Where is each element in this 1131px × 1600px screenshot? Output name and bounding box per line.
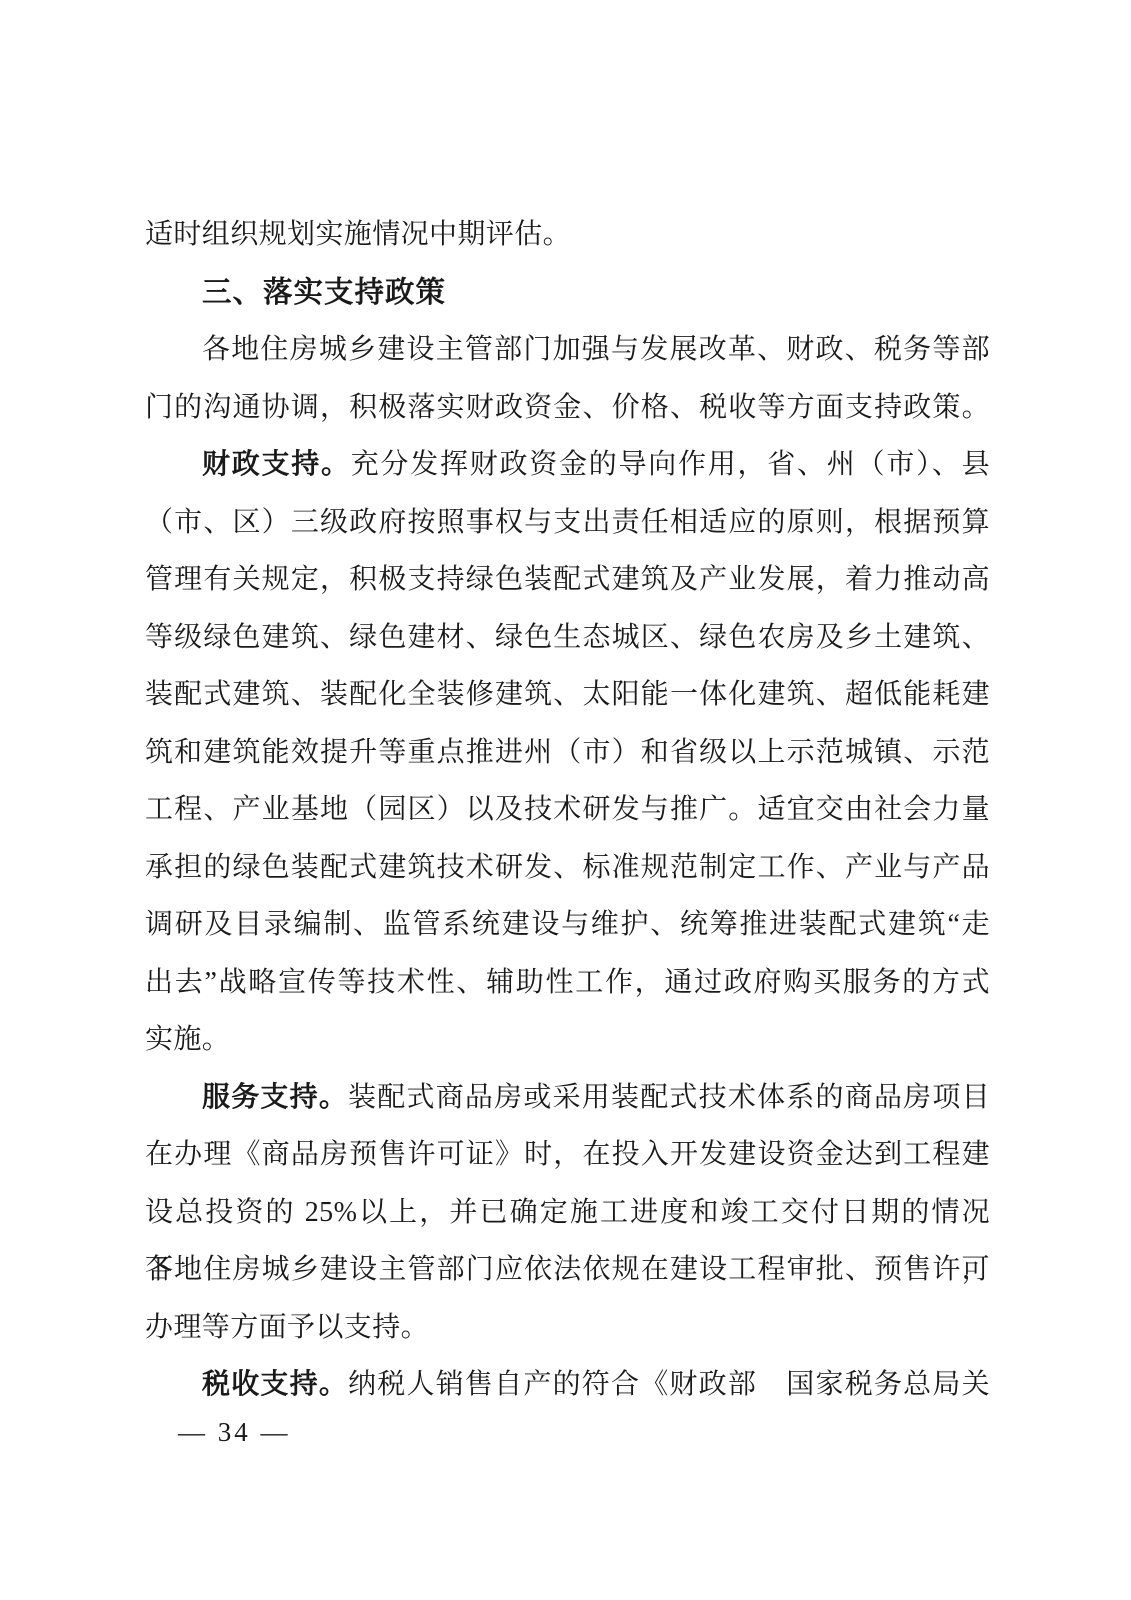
page-number: — 34 — xyxy=(178,1412,291,1452)
line-text: 装配式建筑、装配化全装修建筑、太阳能一体化建筑、超低能耗建 xyxy=(145,679,990,710)
text-line: 办理等方面予以支持。 xyxy=(145,1299,990,1357)
text-line: 各地住房城乡建设主管部门加强与发展改革、财政、税务等部 xyxy=(145,321,990,379)
line-text: 门的沟通协调，积极落实财政资金、价格、税收等方面支持政策。 xyxy=(145,392,990,423)
heading-text: 三、落实支持政策 xyxy=(202,276,446,309)
text-line: 承担的绿色装配式建筑技术研发、标准规范制定工作、产业与产品 xyxy=(145,839,990,897)
line-text: 各地住房城乡建设主管部门加强与发展改革、财政、税务等部 xyxy=(202,334,990,365)
line-text: 调研及目录编制、监管系统建设与维护、统筹推进装配式建筑“走 xyxy=(145,909,990,940)
text-line: 管理有关规定，积极支持绿色装配式建筑及产业发展，着力推动高 xyxy=(145,551,990,609)
text-line: 各地住房城乡建设主管部门应依法依规在建设工程审批、预售许可 xyxy=(145,1241,990,1299)
line-text: 管理有关规定，积极支持绿色装配式建筑及产业发展，着力推动高 xyxy=(145,564,990,595)
paragraph-lead: 税收支持。 xyxy=(202,1369,348,1400)
section-heading: 三、落实支持政策 xyxy=(145,264,990,322)
text-line: 适时组织规划实施情况中期评估。 xyxy=(145,206,990,264)
text-line: 筑和建筑能效提升等重点推进州（市）和省级以上示范城镇、示范 xyxy=(145,724,990,782)
document-page: 适时组织规划实施情况中期评估。 三、落实支持政策 各地住房城乡建设主管部门加强与… xyxy=(0,0,1131,1600)
line-text: 各地住房城乡建设主管部门应依法依规在建设工程审批、预售许可 xyxy=(145,1254,990,1285)
text-line: 门的沟通协调，积极落实财政资金、价格、税收等方面支持政策。 xyxy=(145,379,990,437)
line-text: 工程、产业基地（园区）以及技术研发与推广。适宜交由社会力量 xyxy=(145,794,990,825)
line-text: 装配式商品房或采用装配式技术体系的商品房项目 xyxy=(348,1082,990,1113)
text-line: 装配式建筑、装配化全装修建筑、太阳能一体化建筑、超低能耗建 xyxy=(145,666,990,724)
text-line: 服务支持。装配式商品房或采用装配式技术体系的商品房项目 xyxy=(145,1069,990,1127)
document-body: 适时组织规划实施情况中期评估。 三、落实支持政策 各地住房城乡建设主管部门加强与… xyxy=(145,206,990,1414)
text-line: 设总投资的 25%以上，并已确定施工进度和竣工交付日期的情况下， xyxy=(145,1184,990,1242)
text-line: （市、区）三级政府按照事权与支出责任相适应的原则，根据预算 xyxy=(145,494,990,552)
line-text: 适时组织规划实施情况中期评估。 xyxy=(145,219,571,250)
text-line: 工程、产业基地（园区）以及技术研发与推广。适宜交由社会力量 xyxy=(145,781,990,839)
paragraph-lead: 财政支持。 xyxy=(202,449,351,480)
text-line: 实施。 xyxy=(145,1011,990,1069)
line-text: 出去”战略宣传等技术性、辅助性工作，通过政府购买服务的方式 xyxy=(145,967,990,998)
text-line: 调研及目录编制、监管系统建设与维护、统筹推进装配式建筑“走 xyxy=(145,896,990,954)
line-text: 筑和建筑能效提升等重点推进州（市）和省级以上示范城镇、示范 xyxy=(145,737,990,768)
line-text: 实施。 xyxy=(145,1024,230,1055)
line-text: 在办理《商品房预售许可证》时，在投入开发建设资金达到工程建 xyxy=(145,1139,990,1170)
line-text: 纳税人销售自产的符合《财政部 国家税务总局关 xyxy=(348,1369,990,1400)
text-line: 出去”战略宣传等技术性、辅助性工作，通过政府购买服务的方式 xyxy=(145,954,990,1012)
line-text: 承担的绿色装配式建筑技术研发、标准规范制定工作、产业与产品 xyxy=(145,852,990,883)
line-text: 充分发挥财政资金的导向作用，省、州（市）、县 xyxy=(351,449,990,480)
text-line: 财政支持。充分发挥财政资金的导向作用，省、州（市）、县 xyxy=(145,436,990,494)
line-text: （市、区）三级政府按照事权与支出责任相适应的原则，根据预算 xyxy=(145,507,990,538)
text-line: 税收支持。纳税人销售自产的符合《财政部 国家税务总局关 xyxy=(145,1356,990,1414)
text-line: 等级绿色建筑、绿色建材、绿色生态城区、绿色农房及乡土建筑、 xyxy=(145,609,990,667)
line-text: 等级绿色建筑、绿色建材、绿色生态城区、绿色农房及乡土建筑、 xyxy=(145,622,990,653)
text-line: 在办理《商品房预售许可证》时，在投入开发建设资金达到工程建 xyxy=(145,1126,990,1184)
line-text: 办理等方面予以支持。 xyxy=(145,1312,429,1343)
paragraph-lead: 服务支持。 xyxy=(202,1082,348,1113)
